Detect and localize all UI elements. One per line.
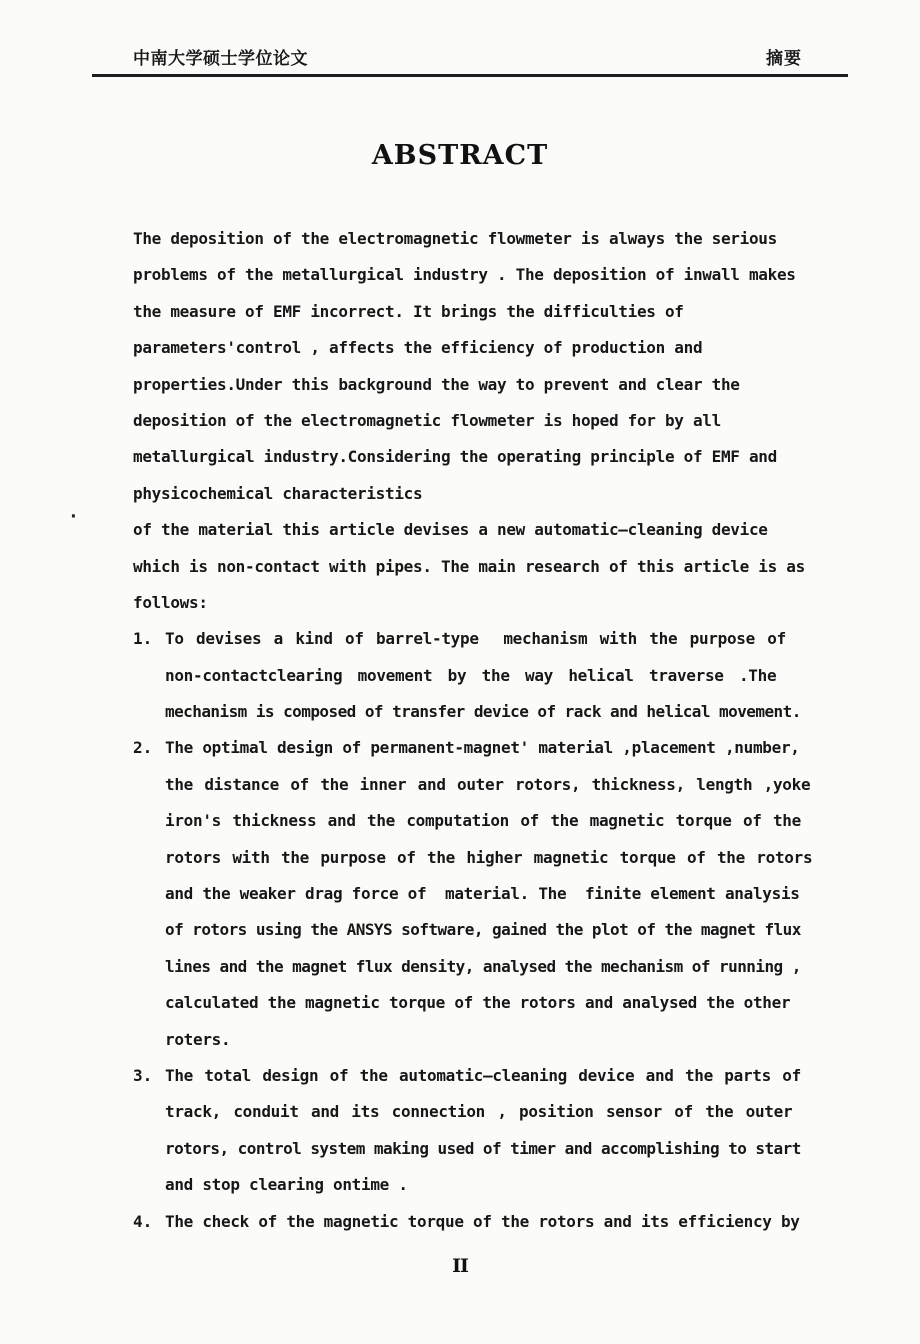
text-line: metallurgical industry.Considering the o… — [133, 439, 823, 475]
list-item-3: 3. The total design of the automatic—cle… — [133, 1058, 823, 1204]
page-header: 中南大学硕士学位论文 摘要 — [92, 44, 848, 77]
abstract-body: The deposition of the electromagnetic fl… — [133, 221, 823, 1240]
text-line: physicochemical characteristics — [133, 476, 823, 512]
list-item-text: The check of the magnetic torque of the … — [165, 1204, 823, 1240]
text-line: rotors, control system making used of ti… — [165, 1131, 823, 1167]
list-item-2: 2. The optimal design of permanent-magne… — [133, 730, 823, 1058]
page-number: II — [0, 1255, 920, 1277]
text-line: The optimal design of permanent-magnet' … — [165, 730, 823, 766]
text-line: of rotors using the ANSYS software, gain… — [165, 912, 823, 948]
header-right-text: 摘要 — [766, 44, 848, 69]
text-line: follows: — [133, 585, 823, 621]
text-line: of the material this article devises a n… — [133, 512, 823, 548]
text-line: The check of the magnetic torque of the … — [165, 1204, 823, 1240]
document-page: 中南大学硕士学位论文 摘要 ABSTRACT · The deposition … — [0, 0, 920, 1344]
text-line: deposition of the electromagnetic flowme… — [133, 403, 823, 439]
list-item-text: The total design of the automatic—cleani… — [165, 1058, 823, 1204]
text-line: problems of the metallurgical industry .… — [133, 257, 823, 293]
text-line: and the weaker drag force of material. T… — [165, 876, 823, 912]
text-line: properties.Under this background the way… — [133, 367, 823, 403]
text-line: the measure of EMF incorrect. It brings … — [133, 294, 823, 330]
list-item-1: 1. To devises a kind of barrel-type mech… — [133, 621, 823, 730]
text-line: track, conduit and its connection , posi… — [165, 1094, 823, 1130]
list-marker: 1. — [133, 621, 165, 657]
text-line: the distance of the inner and outer roto… — [165, 767, 823, 803]
list-marker: 3. — [133, 1058, 165, 1094]
text-line: calculated the magnetic torque of the ro… — [165, 985, 823, 1021]
list-item-text: To devises a kind of barrel-type mechani… — [165, 621, 823, 730]
text-line: and stop clearing ontime . — [165, 1167, 823, 1203]
text-line: parameters'control , affects the efficie… — [133, 330, 823, 366]
header-left-text: 中南大学硕士学位论文 — [92, 44, 308, 69]
text-line: roters. — [165, 1022, 823, 1058]
text-line: The total design of the automatic—cleani… — [165, 1058, 823, 1094]
text-line: mechanism is composed of transfer device… — [165, 694, 823, 730]
margin-dot-artifact: · — [68, 506, 79, 527]
text-line: To devises a kind of barrel-type mechani… — [165, 621, 823, 657]
list-item-text: The optimal design of permanent-magnet' … — [165, 730, 823, 1058]
list-marker: 2. — [133, 730, 165, 766]
text-line: non-contactclearing movement by the way … — [165, 658, 823, 694]
text-line: lines and the magnet flux density, analy… — [165, 949, 823, 985]
list-marker: 4. — [133, 1204, 165, 1240]
list-item-4: 4. The check of the magnetic torque of t… — [133, 1204, 823, 1240]
text-line: The deposition of the electromagnetic fl… — [133, 221, 823, 257]
text-line: iron's thickness and the computation of … — [165, 803, 823, 839]
abstract-title: ABSTRACT — [0, 140, 920, 171]
text-line: which is non-contact with pipes. The mai… — [133, 549, 823, 585]
text-line: rotors with the purpose of the higher ma… — [165, 840, 823, 876]
